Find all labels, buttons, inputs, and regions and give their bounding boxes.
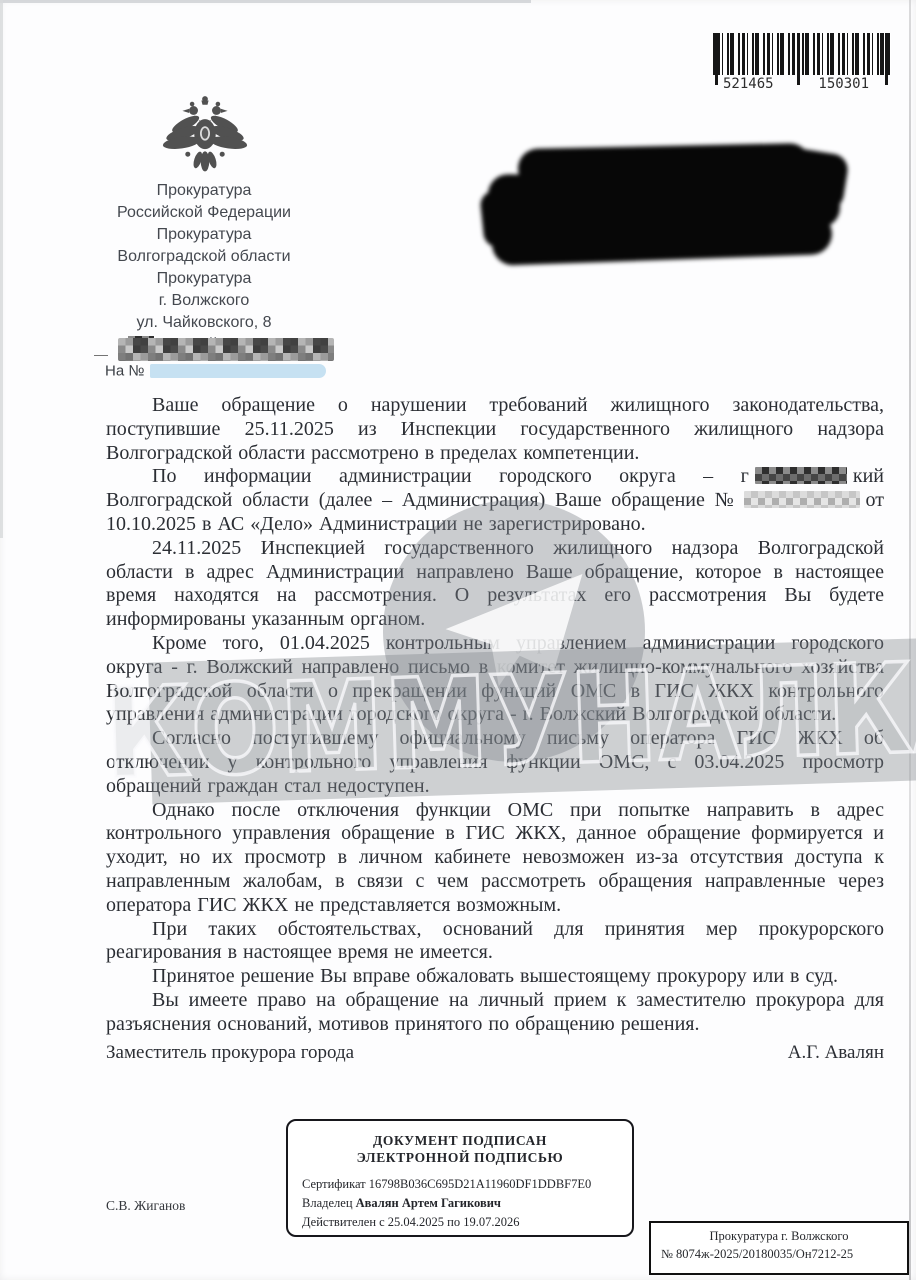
registration-stamp-box: Прокуратура г. Волжского № 8074ж-2025/20… bbox=[649, 1221, 909, 1275]
letterhead-line: ул. Чайковского, 8 bbox=[58, 312, 350, 334]
esign-validity-line: Действителен с 25.04.2025 по 19.07.2026 bbox=[302, 1213, 632, 1232]
barcode-guard-bar bbox=[797, 33, 800, 85]
registration-barcode: 521465 150301 bbox=[713, 33, 891, 92]
barcode-bars bbox=[713, 33, 891, 75]
body-paragraph: Однако после отключения функции ОМС при … bbox=[106, 799, 884, 918]
scan-edge-top bbox=[0, 0, 531, 3]
esign-title-line2: ЭЛЕКТРОННОЙ ПОДПИСЬЮ bbox=[288, 1149, 632, 1166]
esign-title-line1: ДОКУМЕНТ ПОДПИСАН bbox=[288, 1132, 632, 1149]
barcode-number-left: 521465 bbox=[723, 76, 774, 92]
barcode-guard-bar bbox=[885, 33, 888, 85]
body-paragraph: 24.11.2025 Инспекцией государственного ж… bbox=[106, 537, 884, 632]
body-paragraph: Согласно поступившему официальному письм… bbox=[106, 727, 884, 798]
barcode-guard-bar bbox=[715, 33, 718, 85]
signer-position: Заместитель прокурора города bbox=[106, 1042, 354, 1064]
letterhead-line: Волгоградской области bbox=[58, 246, 350, 268]
contact-dash: — bbox=[94, 346, 108, 362]
letterhead-line: г. Волжского bbox=[58, 290, 350, 312]
stamp-reference-number: № 8074ж-2025/20180035/Он7212-25 bbox=[661, 1247, 907, 1262]
signature-row: Заместитель прокурора города А.Г. Авалян bbox=[106, 1042, 884, 1064]
letterhead-line: Прокуратура bbox=[58, 268, 350, 290]
body-paragraph: При таких обстоятельствах, оснований для… bbox=[106, 918, 884, 966]
body-paragraph: Принятое решение Вы вправе обжаловать вы… bbox=[106, 965, 884, 989]
reference-label: На № bbox=[105, 363, 144, 380]
addressee-redaction-marker bbox=[480, 138, 860, 263]
executor-name: С.В. Жиганов bbox=[106, 1198, 185, 1214]
esign-certificate-line: Сертификат 16798B036C695D21A11960DF1DDBF… bbox=[302, 1175, 632, 1194]
scan-edge-left bbox=[0, 0, 3, 538]
body-paragraph: Кроме того, 01.04.2025 контрольным управ… bbox=[106, 632, 884, 727]
letterhead-line: Прокуратура bbox=[58, 180, 350, 202]
scanned-letter-page: 521465 150301 bbox=[0, 0, 916, 1280]
signer-name: А.Г. Авалян bbox=[788, 1042, 884, 1064]
redaction-mosaic bbox=[755, 467, 847, 484]
reference-number-field bbox=[150, 364, 326, 378]
body-paragraph: Вы имеете право на обращение на личный п… bbox=[106, 989, 884, 1037]
esign-certificate-value: 16798B036C695D21A11960DF1DDBF7E0 bbox=[369, 1177, 591, 1191]
body-paragraph: По информации администрации городского о… bbox=[106, 465, 884, 536]
letter-body: Ваше обращение о нарушении требований жи… bbox=[106, 394, 884, 1037]
letterhead-line: Прокуратура bbox=[58, 224, 350, 246]
electronic-signature-box: ДОКУМЕНТ ПОДПИСАН ЭЛЕКТРОННОЙ ПОДПИСЬЮ С… bbox=[286, 1119, 634, 1237]
letterhead-line: Российской Федерации bbox=[58, 202, 350, 224]
redaction-mosaic bbox=[744, 491, 860, 508]
letterhead: Прокуратура Российской Федерации Прокура… bbox=[58, 180, 350, 356]
redaction-mosaic bbox=[118, 338, 334, 361]
body-paragraph: Ваше обращение о нарушении требований жи… bbox=[106, 394, 884, 465]
coat-of-arms-icon bbox=[162, 92, 248, 182]
stamp-office-name: Прокуратура г. Волжского bbox=[651, 1229, 907, 1244]
reference-number-line: На № bbox=[105, 362, 326, 382]
barcode-number-right: 150301 bbox=[818, 76, 869, 92]
esign-owner-name: Авалян Артем Гагикович bbox=[356, 1196, 501, 1210]
esign-owner-line: Владелец Авалян Артем Гагикович bbox=[302, 1194, 632, 1213]
scan-edge-right bbox=[909, 0, 911, 1280]
redacted-contact-line: — bbox=[94, 338, 344, 362]
